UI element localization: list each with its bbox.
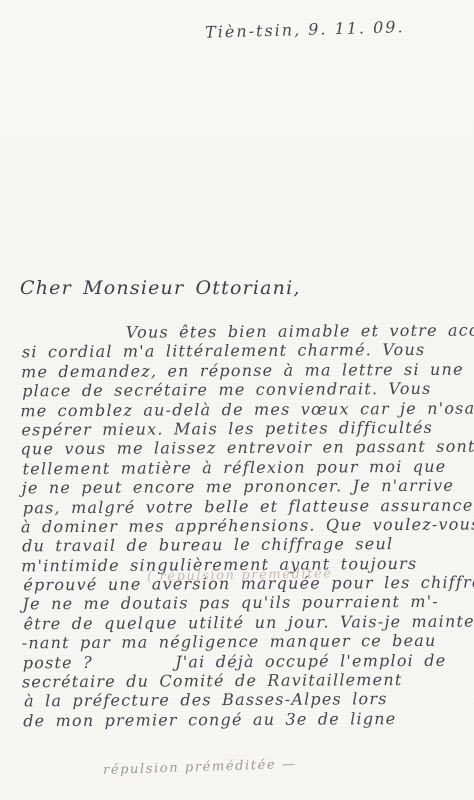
handwritten-line: me comblez au-delà de mes vœux car je n'…: [20, 398, 464, 420]
handwritten-line: me demandez, en réponse à ma lettre si u…: [21, 359, 464, 381]
handwritten-line: être de quelque utilité un jour. Vais-je…: [24, 612, 466, 634]
handwritten-line: je ne peut encore me prononcer. Je n'arr…: [22, 476, 465, 498]
dateline: Tièn-tsin, 9. 11. 09.: [205, 17, 405, 42]
handwritten-line: du travail de bureau le chiffrage seul: [22, 534, 465, 556]
handwritten-line: Je ne me doutais pas qu'ils pourraient m…: [22, 592, 465, 614]
letter-page: Tièn-tsin, 9. 11. 09. Cher Monsieur Otto…: [0, 0, 474, 800]
handwritten-line: espérer mieux. Mais les petites difficul…: [21, 418, 464, 440]
handwritten-line: -nant par ma négligence manquer ce beau: [22, 631, 466, 653]
handwritten-line: place de secrétaire me conviendrait. Vou…: [22, 379, 464, 401]
letter-body: Vous êtes bien aimable et votre accueil …: [20, 321, 466, 731]
pencil-annotation-footer: répulsion préméditée —: [103, 757, 297, 778]
handwritten-line: à la préfecture des Basses-Alpes lors: [24, 689, 466, 711]
handwritten-line: à dominer mes appréhensions. Que voulez-…: [21, 515, 465, 537]
salutation: Cher Monsieur Ottoriani,: [20, 277, 301, 299]
handwritten-line: poste ? J'ai déjà occupé l'emploi de: [23, 650, 466, 672]
handwritten-line: tellement matière à réflexion pour moi q…: [23, 456, 465, 478]
handwritten-line: que vous me laissez entrevoir en passant…: [20, 437, 464, 459]
handwritten-line: secrétaire du Comité de Ravitaillement: [22, 670, 466, 692]
handwritten-line: Vous êtes bien aimable et votre accueil: [20, 321, 464, 343]
handwritten-line: pas, malgré votre belle et flatteuse ass…: [23, 495, 465, 517]
handwritten-line: si cordial m'a littéralement charmé. Vou…: [22, 340, 464, 362]
handwritten-line: de mon premier congé au 3e de ligne: [23, 708, 466, 730]
